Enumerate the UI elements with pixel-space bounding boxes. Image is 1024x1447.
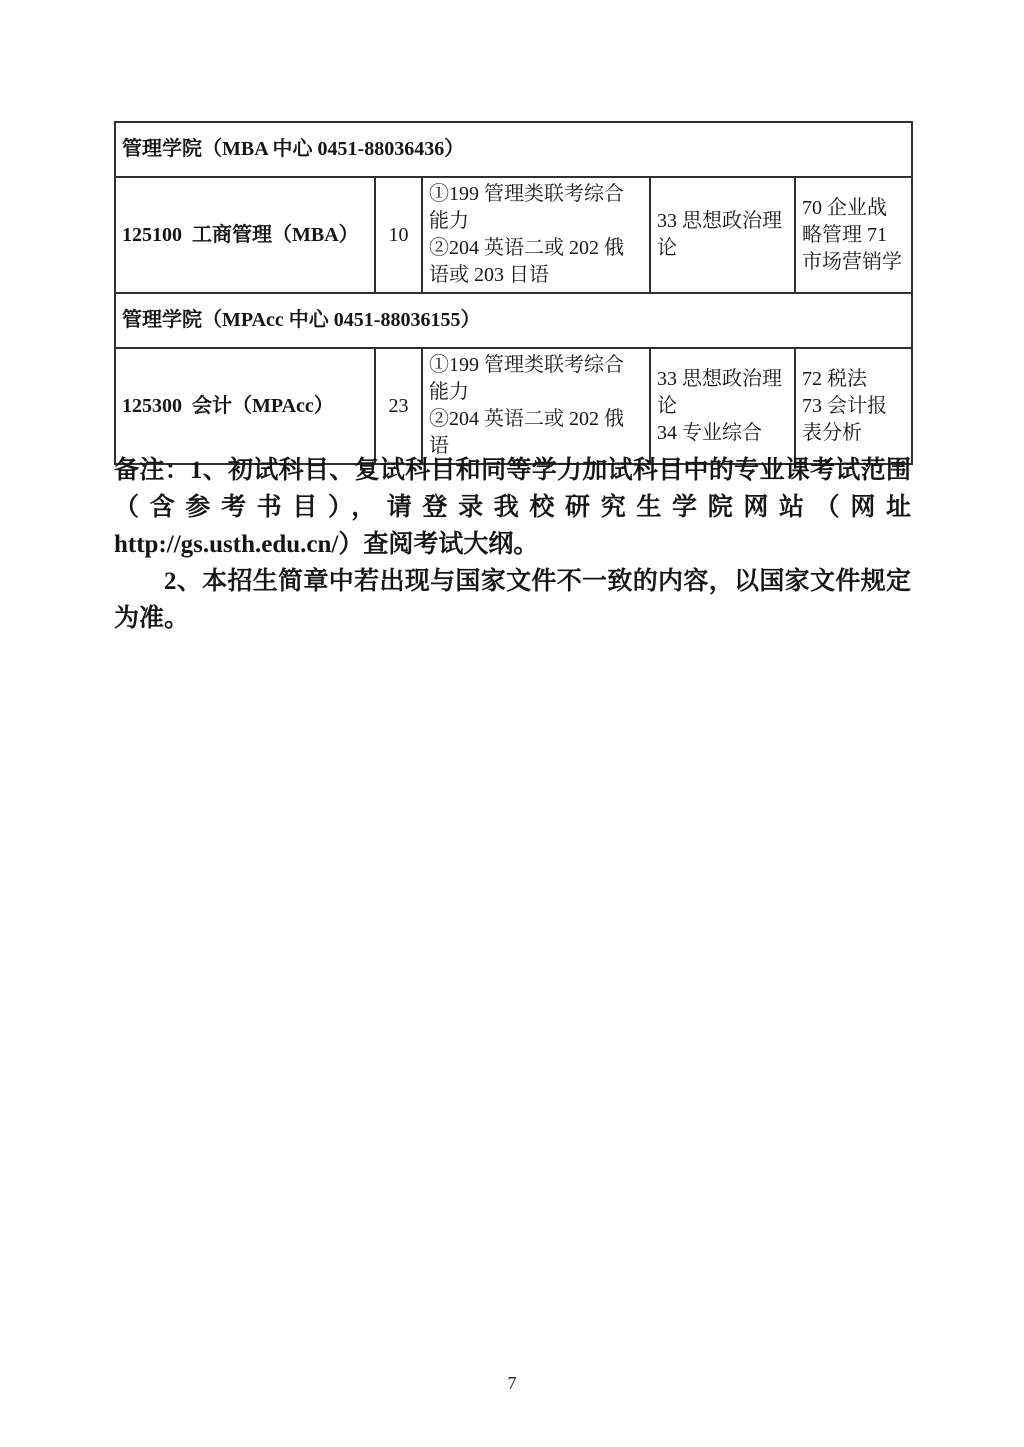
retest-subjects-mba: 33 思想政治理论 — [650, 177, 795, 293]
note-paragraph-1: 备注：1、初试科目、复试科目和同等学力加试科目中的专业课考试范围（含参考书目），… — [114, 452, 911, 563]
quota-mpacc: 23 — [375, 348, 422, 464]
program-row-mpacc: 125300 会计（MPAcc） 23 ①199 管理类联考综合能力 ②204 … — [115, 348, 912, 464]
subject-line: ①199 管理类联考综合能力 — [429, 181, 643, 235]
subject-line: 34 专业综合 — [657, 420, 788, 447]
additional-subjects-mpacc: 72 税法 73 会计报表分析 — [795, 348, 912, 464]
subject-line: ①199 管理类联考综合能力 — [429, 352, 643, 406]
section-header-mpacc: 管理学院（MPAcc 中心 0451-88036155） — [115, 293, 912, 348]
subject-line: 33 思想政治理论 — [657, 366, 788, 420]
document-page: 管理学院（MBA 中心 0451-88036436） 125100 工商管理（M… — [0, 0, 1024, 1447]
notes-block: 备注：1、初试科目、复试科目和同等学力加试科目中的专业课考试范围（含参考书目），… — [114, 452, 911, 637]
page-number: 7 — [0, 1373, 1024, 1394]
admissions-table: 管理学院（MBA 中心 0451-88036436） 125100 工商管理（M… — [114, 121, 913, 465]
program-name-mpacc: 125300 会计（MPAcc） — [115, 348, 375, 464]
quota-mba: 10 — [375, 177, 422, 293]
subject-line: 72 税法 — [802, 366, 905, 393]
subject-line: ②204 英语二或 202 俄语或 203 日语 — [429, 235, 643, 289]
section-header-row-mba: 管理学院（MBA 中心 0451-88036436） — [115, 122, 912, 177]
subject-line: 73 会计报表分析 — [802, 393, 905, 447]
initial-subjects-mba: ①199 管理类联考综合能力 ②204 英语二或 202 俄语或 203 日语 — [422, 177, 650, 293]
program-name-mba: 125100 工商管理（MBA） — [115, 177, 375, 293]
program-row-mba: 125100 工商管理（MBA） 10 ①199 管理类联考综合能力 ②204 … — [115, 177, 912, 293]
note-paragraph-2: 2、本招生简章中若出现与国家文件不一致的内容，以国家文件规定为准。 — [114, 563, 911, 637]
additional-subjects-mba: 70 企业战略管理 71 市场营销学 — [795, 177, 912, 293]
subject-line: 33 思想政治理论 — [657, 208, 788, 262]
section-header-row-mpacc: 管理学院（MPAcc 中心 0451-88036155） — [115, 293, 912, 348]
section-header-mba: 管理学院（MBA 中心 0451-88036436） — [115, 122, 912, 177]
initial-subjects-mpacc: ①199 管理类联考综合能力 ②204 英语二或 202 俄语 — [422, 348, 650, 464]
retest-subjects-mpacc: 33 思想政治理论 34 专业综合 — [650, 348, 795, 464]
subject-line: 70 企业战略管理 71 市场营销学 — [802, 195, 905, 276]
